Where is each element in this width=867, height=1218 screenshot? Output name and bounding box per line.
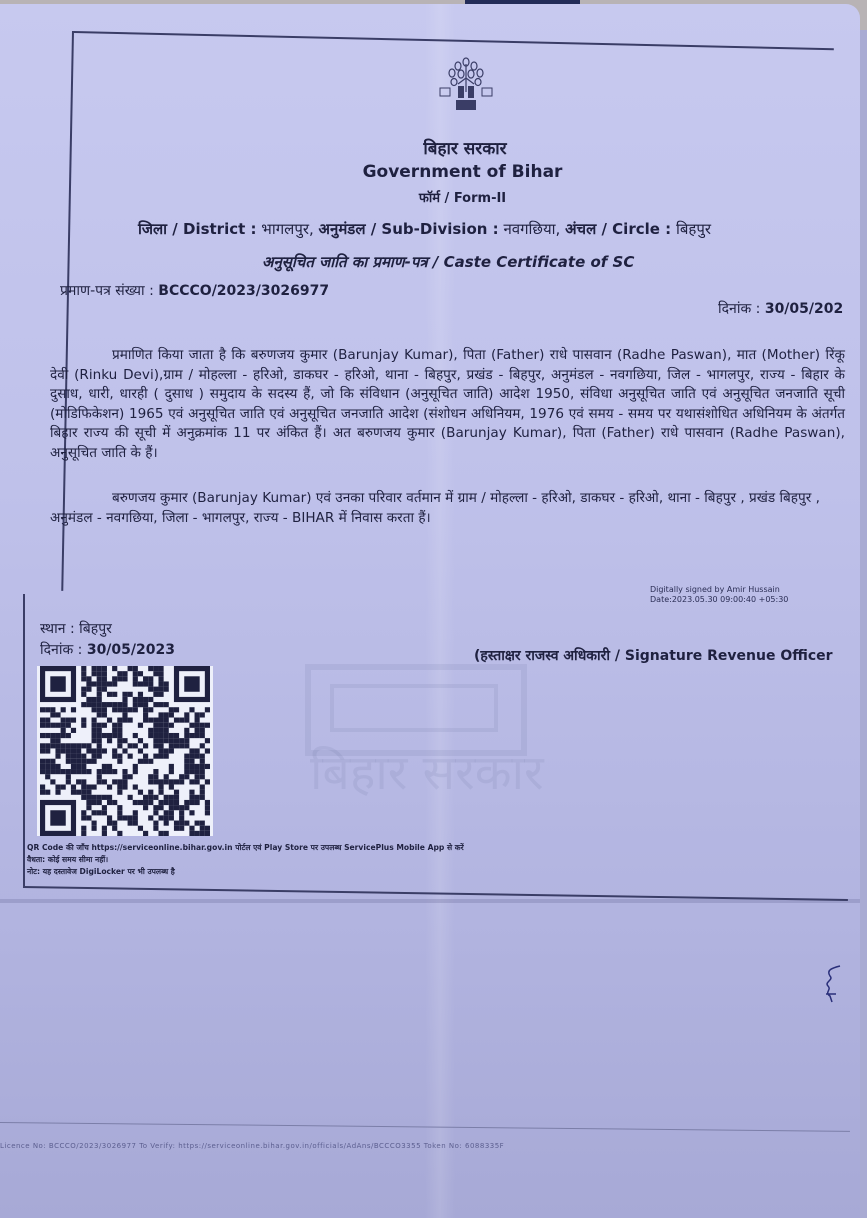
title-english: Government of Bihar [0,162,867,182]
bihar-emblem-icon [430,56,502,118]
digital-signature: Digitally signed by Amir Hussain Date:20… [650,585,788,605]
certificate-number-value: BCCCO/2023/3026977 [158,283,329,299]
certificate-number-label: प्रमाण-पत्र संख्या : [60,283,154,299]
qr-code-icon[interactable] [37,666,213,836]
date-line: दिनांक : 30/05/2023 [40,640,175,659]
qr-note-validity: वैधता: कोई समय सीमा नहीं। [27,854,464,866]
page-footer: Licence No: BCCCO/2023/3026977 To Verify… [0,1142,504,1150]
date-value: 30/05/2023 [87,642,175,658]
watermark-text: बिहार सरकार [310,739,544,804]
paper-fold-crease [0,899,860,903]
district-value: भागलपुर, [261,220,313,238]
certificate-title: अनुसूचित जाति का प्रमाण-पत्र / Caste Cer… [262,252,634,272]
date-label: दिनांक : [40,642,82,658]
certificate-number: प्रमाण-पत्र संख्या : BCCCO/2023/3026977 [60,281,329,300]
digital-signature-signer: Digitally signed by Amir Hussain [650,585,788,595]
certification-paragraph: प्रमाणित किया जाता है कि बरुणजय कुमार (B… [50,346,845,463]
circle-label: अंचल / Circle : [565,220,671,238]
qr-note-verify: QR Code की जाँच https://serviceonline.bi… [27,842,464,854]
jurisdiction-line: जिला / District : भागलपुर, अनुमंडल / Sub… [138,219,711,239]
watermark-frame-inner [330,684,498,732]
subdivision-label: अनुमंडल / Sub-Division : [319,220,499,238]
issue-date-label: दिनांक : [718,301,760,317]
qr-note: QR Code की जाँच https://serviceonline.bi… [27,842,464,878]
place-value: बिहपुर [79,621,112,637]
paragraph-1-text: प्रमाणित किया जाता है कि बरुणजय कुमार (B… [50,347,845,461]
title-hindi: बिहार सरकार [0,136,867,159]
place-label: स्थान : [40,621,75,637]
residence-paragraph: बरुणजय कुमार (Barunjay Kumar) एवं उनका प… [50,489,845,528]
qr-note-digilocker: नोट: यह दस्तावेज DigiLocker पर भी उपलब्ध… [27,866,464,878]
certificate-paper: बिहार सरकार Government of Bihar फॉर्म / … [0,4,860,1218]
subdivision-value: नवगछिया, [503,220,560,238]
border-line [23,594,25,886]
form-label: फॉर्म / Form-II [0,188,867,206]
digital-signature-date: Date:2023.05.30 09:00:40 +05:30 [650,595,788,605]
district-label: जिला / District : [138,220,257,238]
paper-fold-shadow [425,4,455,1218]
issue-date-top: दिनांक : 30/05/202 [718,299,843,318]
signature-label: (हस्ताक्षर राजस्व अधिकारी / Signature Re… [474,646,833,665]
paragraph-2-text: बरुणजय कुमार (Barunjay Kumar) एवं उनका प… [50,490,820,526]
place-line: स्थान : बिहपुर [40,619,112,638]
circle-value: बिहपुर [676,220,711,238]
handwritten-initials-icon [818,964,846,1004]
issue-date-value: 30/05/202 [765,301,843,317]
